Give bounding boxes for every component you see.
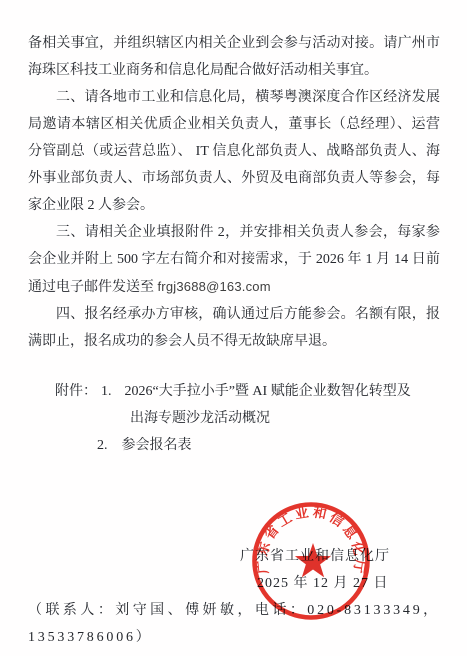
signature-block: 广东省工业和信息化厅 2025 年 12 月 27 日 <box>28 543 440 597</box>
document-body: 备相关事宜，并组织辖区内相关企业到会参与活动对接。请广州市海珠区科技工业商务和信… <box>0 0 467 651</box>
signature-agency: 广东省工业和信息化厅 <box>28 543 440 570</box>
paragraph-continuation: 备相关事宜，并组织辖区内相关企业到会参与活动对接。请广州市海珠区科技工业商务和信… <box>28 30 440 84</box>
attachment-list: 附件：1.2026“大手拉小手”暨 AI 赋能企业数智化转型及 出海专题沙龙活动… <box>28 378 440 459</box>
contact-info: （联系人：刘守国、傅妍敏，电话：020-83133349，13533786006… <box>28 597 440 651</box>
attachment-1-title-line1: 2026“大手拉小手”暨 AI 赋能企业数智化转型及 <box>125 384 411 399</box>
attachment-2-number: 2. <box>97 438 108 453</box>
email-address: frgj3688@163.com <box>158 279 271 294</box>
attachment-1-number: 1. <box>101 384 112 399</box>
attachment-item-2: 2.参会报名表 <box>28 432 440 459</box>
paragraph-item-4: 四、报名经承办方审核，确认通过后方能参会。名额有限，报满即止，报名成功的参会人员… <box>28 301 440 355</box>
attachment-1-title-line2: 出海专题沙龙活动概况 <box>28 405 440 432</box>
document-page: 备相关事宜，并组织辖区内相关企业到会参与活动对接。请广州市海珠区科技工业商务和信… <box>0 0 467 656</box>
attachment-2-title: 参会报名表 <box>122 438 192 453</box>
attachment-item-1: 附件：1.2026“大手拉小手”暨 AI 赋能企业数智化转型及 <box>28 378 440 405</box>
paragraph-item-2: 二、请各地市工业和信息化局，横琴粤澳深度合作区经济发展局邀请本辖区相关优质企业相… <box>28 84 440 219</box>
attachment-label: 附件： <box>55 384 97 399</box>
signature-date: 2025 年 12 月 27 日 <box>28 570 440 597</box>
paragraph-item-3: 三、请相关企业填报附件 2，并安排相关负责人参会，每家参会企业并附上 500 字… <box>28 219 440 301</box>
